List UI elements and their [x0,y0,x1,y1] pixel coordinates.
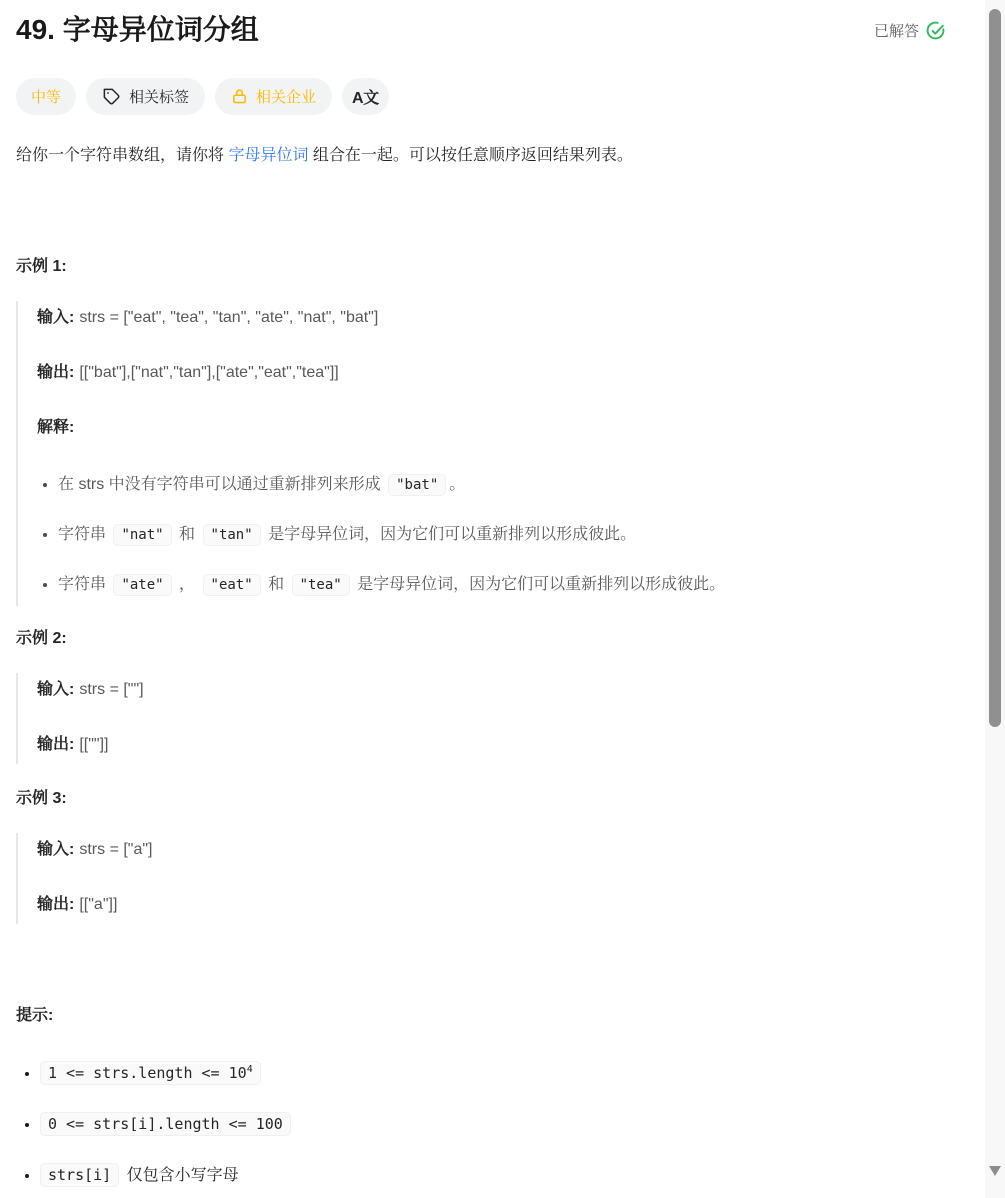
lock-icon [231,88,248,105]
inline-code: "tan" [203,524,261,546]
example-2-heading: 示例 2: [16,629,945,649]
list-item: strs[i] 仅包含小写字母 [40,1161,945,1190]
input-value: strs = ["a"] [79,841,152,858]
constraints-list: 1 <= strs.length <= 1040 <= strs[i].leng… [16,1056,945,1190]
example-3-heading: 示例 3: [16,789,945,809]
list-item: 在 strs 中没有字符串可以通过重新排列来形成 "bat"。 [58,472,945,498]
header: 49. 字母异位词分组 已解答 [16,13,945,47]
check-circle-icon [926,21,945,40]
scrollbar[interactable] [985,0,1005,1198]
output-label: 输出: [37,736,74,753]
problem-statement: 给你一个字符串数组，请你将 字母异位词 组合在一起。可以按任意顺序返回结果列表。 [16,144,945,168]
tag-icon [102,87,121,106]
output-value: [[""]] [79,736,108,753]
page-title: 49. 字母异位词分组 [16,13,259,47]
input-label: 输入: [37,841,74,858]
inline-code: "nat" [113,524,171,546]
list-item: 字符串 "nat" 和 "tan" 是字母异位词，因为它们可以重新排列以形成彼此… [58,522,945,548]
example-explanation-line: 解释: [37,417,945,439]
list-item: 1 <= strs.length <= 104 [40,1056,945,1088]
explanation-label: 解释: [37,419,74,436]
problem-description-panel: 49. 字母异位词分组 已解答 中等 相关标签 [0,13,1005,1190]
anagram-definition-link[interactable]: 字母异位词 [228,147,308,164]
translate-button[interactable]: A文 [342,78,389,115]
problem-page: 49. 字母异位词分组 已解答 中等 相关标签 [0,0,1005,1198]
related-companies-label: 相关企业 [256,86,316,107]
inline-code: "tea" [292,574,350,596]
example-input-line: 输入:strs = [""] [37,679,945,701]
explanation-list: 在 strs 中没有字符串可以通过重新排列来形成 "bat"。字符串 "nat"… [37,472,945,598]
tags-row: 中等 相关标签 相关企业 A文 [16,78,945,115]
related-tags-label: 相关标签 [129,86,189,107]
example-output-line: 输出:[["bat"],["nat","tan"],["ate","eat","… [37,362,945,384]
list-item: 0 <= strs[i].length <= 100 [40,1110,945,1139]
scrollbar-thumb[interactable] [989,9,1001,727]
scroll-down-arrow-icon[interactable] [989,1166,1001,1176]
input-value: strs = ["eat", "tea", "tan", "ate", "nat… [79,309,378,326]
example-3-block: 输入:strs = ["a"] 输出:[["a"]] [16,833,945,924]
example-1-heading: 示例 1: [16,257,945,277]
solved-label: 已解答 [874,20,919,41]
output-label: 输出: [37,364,74,381]
inline-code: 0 <= strs[i].length <= 100 [40,1112,291,1136]
input-label: 输入: [37,309,74,326]
inline-code: 1 <= strs.length <= 104 [40,1061,261,1085]
example-1-block: 输入:strs = ["eat", "tea", "tan", "ate", "… [16,301,945,606]
output-value: [["bat"],["nat","tan"],["ate","eat","tea… [79,364,338,381]
difficulty-badge[interactable]: 中等 [16,78,76,115]
solved-status-badge: 已解答 [874,20,945,41]
translate-icon: A文 [352,85,379,108]
input-label: 输入: [37,681,74,698]
constraints-heading: 提示: [16,1006,945,1026]
input-value: strs = [""] [79,681,143,698]
inline-code: "bat" [388,474,446,496]
output-label: 输出: [37,896,74,913]
list-item: 字符串 "ate" ， "eat" 和 "tea" 是字母异位词，因为它们可以重… [58,572,945,598]
inline-code: "eat" [203,574,261,596]
inline-code: "ate" [113,574,171,596]
example-input-line: 输入:strs = ["eat", "tea", "tan", "ate", "… [37,307,945,329]
example-output-line: 输出:[["a"]] [37,894,945,916]
related-companies-button[interactable]: 相关企业 [215,78,332,115]
example-2-block: 输入:strs = [""] 输出:[[""]] [16,673,945,764]
statement-text: 给你一个字符串数组，请你将 [16,147,228,164]
output-value: [["a"]] [79,896,117,913]
example-input-line: 输入:strs = ["a"] [37,839,945,861]
related-tags-button[interactable]: 相关标签 [86,78,205,115]
example-output-line: 输出:[[""]] [37,734,945,756]
inline-code: strs[i] [40,1163,119,1187]
statement-text: 组合在一起。可以按任意顺序返回结果列表。 [308,147,632,164]
